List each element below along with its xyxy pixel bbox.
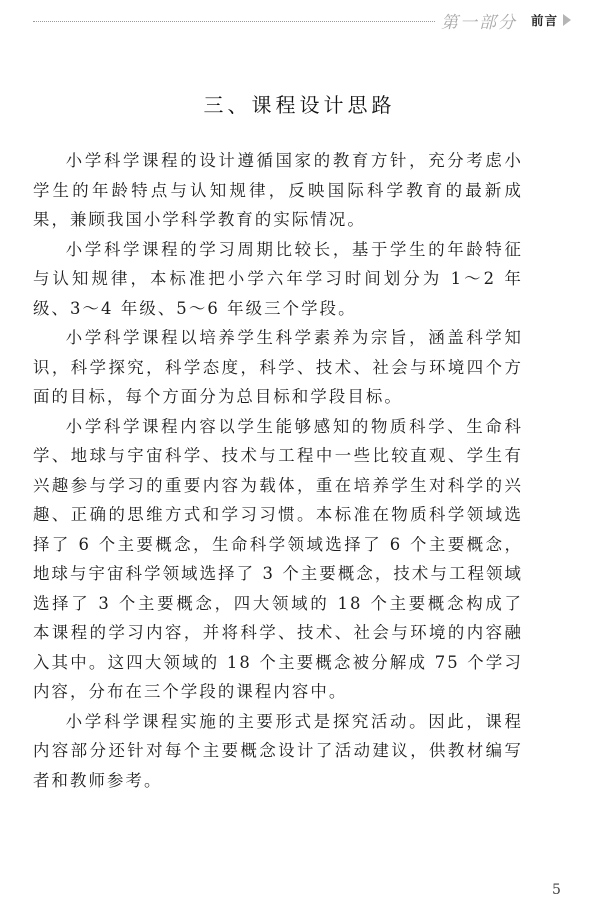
page-number: 5 (552, 882, 561, 898)
header-section-label: 前言 (531, 11, 558, 29)
paragraph-content-domains: 小学科学课程内容以学生能够感知的物质科学、生命科学、地球与宇宙科学、技术与工程中… (33, 412, 523, 707)
header-dotted-rule (33, 21, 435, 22)
right-triangle-icon (563, 14, 571, 26)
paragraph-objectives: 小学科学课程以培养学生科学素养为宗旨，涵盖科学知识，科学探究，科学态度，科学、技… (33, 323, 523, 412)
header-part-label: 第一部分 (441, 8, 517, 33)
paragraph-inquiry-activities: 小学科学课程实施的主要形式是探究活动。因此，课程内容部分还针对每个主要概念设计了… (33, 707, 523, 796)
running-header: 第一部分 前言 (33, 8, 571, 32)
paragraph-design-principles: 小学科学课程的设计遵循国家的教育方针，充分考虑小学生的年龄特点与认知规律，反映国… (33, 146, 523, 235)
body-text: 小学科学课程的设计遵循国家的教育方针，充分考虑小学生的年龄特点与认知规律，反映国… (33, 146, 523, 795)
paragraph-learning-stages: 小学科学课程的学习周期比较长，基于学生的年龄特征与认知规律，本标准把小学六年学习… (33, 235, 523, 324)
section-title: 三、课程设计思路 (0, 90, 593, 120)
